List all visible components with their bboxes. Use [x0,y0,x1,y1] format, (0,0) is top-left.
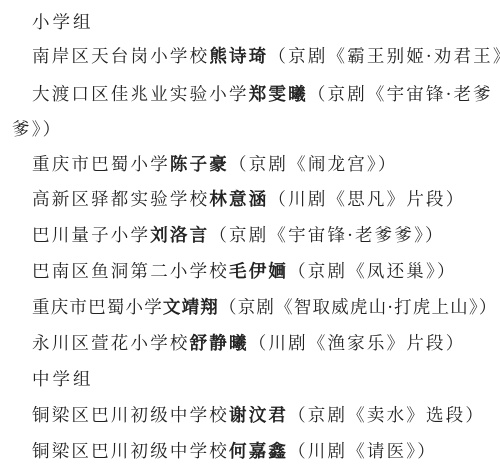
student-name: 毛伊婳 [229,262,288,282]
school-name: 巴川量子小学 [32,226,150,246]
school-name: 巴南区鱼洞第二小学校 [32,262,229,282]
performance: （京剧《霸王别姬·劝君王》） [268,47,500,67]
school-name: 南岸区天台岗小学校 [32,47,209,67]
list-item: 高新区驿都实验学校林意涵（川剧《思凡》片段） [32,189,465,211]
document-page: 小学组 南岸区天台岗小学校熊诗琦（京剧《霸王别姬·劝君王》） 大渡口区佳兆业实验… [0,0,500,469]
school-name: 高新区驿都实验学校 [32,190,209,210]
school-name: 重庆市巴蜀小学 [32,155,170,175]
performance: （京剧《宇宙锋·老爹 [308,85,493,105]
performance: （京剧《宇宙锋·老爹爹》） [209,226,444,246]
list-item: 重庆市巴蜀小学陈子豪（京剧《闹龙宫》） [32,154,398,176]
section-heading-middle: 中学组 [32,369,94,391]
school-name: 铜梁区巴川初级中学校 [32,406,229,426]
student-name: 陈子豪 [170,155,229,175]
list-item: 南岸区天台岗小学校熊诗琦（京剧《霸王别姬·劝君王》） [32,46,500,68]
list-item: 巴南区鱼洞第二小学校毛伊婳（京剧《凤还巢》） [32,261,457,283]
school-name: 永川区萱花小学校 [32,334,190,354]
performance: （京剧《凤还巢》） [288,262,457,282]
list-item: 大渡口区佳兆业实验小学郑雯曦（京剧《宇宙锋·老爹 [32,84,493,106]
performance: （京剧《闹龙宫》） [229,155,398,175]
list-item: 重庆市巴蜀小学文靖翔（京剧《智取威虎山·打虎上山》） [32,297,498,319]
performance: （川剧《渔家乐》片段） [249,334,466,354]
student-name: 何嘉鑫 [229,442,288,462]
student-name: 熊诗琦 [209,47,268,67]
school-name: 大渡口区佳兆业实验小学 [32,85,249,105]
student-name: 郑雯曦 [249,85,308,105]
student-name: 谢汶君 [229,406,288,426]
school-name: 铜梁区巴川初级中学校 [32,442,229,462]
student-name: 文靖翔 [163,298,219,318]
list-item: 铜梁区巴川初级中学校谢汶君（京剧《卖水》选段） [32,405,485,427]
performance: （川剧《思凡》片段） [268,190,465,210]
list-item: 巴川量子小学刘洛言（京剧《宇宙锋·老爹爹》） [32,225,445,247]
section-heading-primary: 小学组 [32,12,94,34]
performance: （京剧《智取威虎山·打虎上山》） [219,298,498,318]
performance: （京剧《卖水》选段） [288,406,485,426]
list-item: 永川区萱花小学校舒静曦（川剧《渔家乐》片段） [32,333,465,355]
performance: （川剧《请医》） [288,442,437,462]
list-item: 铜梁区巴川初级中学校何嘉鑫（川剧《请医》） [32,441,437,463]
student-name: 林意涵 [209,190,268,210]
student-name: 刘洛言 [150,226,209,246]
school-name: 重庆市巴蜀小学 [32,298,163,318]
student-name: 舒静曦 [190,334,249,354]
list-item-continuation: 爹》） [12,119,62,141]
